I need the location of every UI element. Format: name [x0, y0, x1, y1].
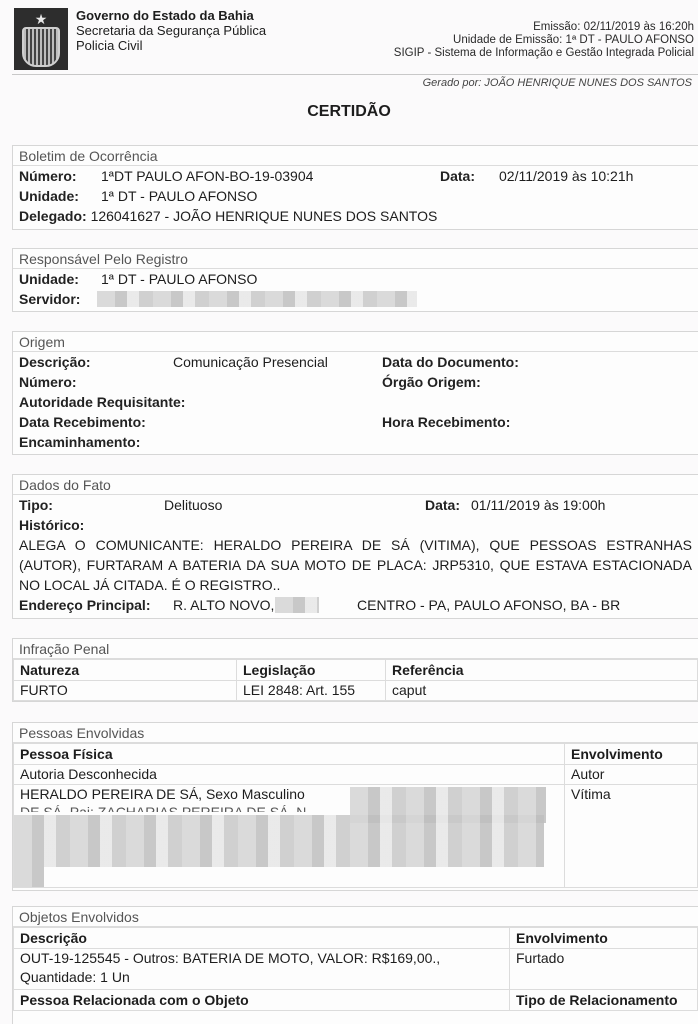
- unidade-value: 1ª DT - PAULO AFONSO: [101, 269, 257, 289]
- unidade-label: Unidade:: [19, 271, 79, 287]
- cell-natureza: FURTO: [14, 681, 237, 701]
- shield-icon: [22, 27, 60, 67]
- endereco-street: R. ALTO NOVO,: [173, 595, 274, 615]
- section-origem: Origem Descrição: Comunicação Presencial…: [12, 331, 698, 455]
- col-envolvimento: Envolvimento: [565, 744, 698, 765]
- historico-label: Histórico:: [19, 517, 84, 533]
- data-documento-label: Data do Documento:: [382, 352, 519, 372]
- pessoas-table: Pessoa Física Envolvimento Autoria Desco…: [13, 743, 698, 888]
- unidade-value: 1ª DT - PAULO AFONSO: [101, 186, 257, 206]
- data-label: Data:: [440, 166, 475, 186]
- star-icon: ★: [35, 12, 48, 26]
- table-row: HERALDO PEREIRA DE SÁ, Sexo Masculino DE…: [14, 785, 698, 888]
- pessoa-details-redacted-end: [14, 867, 44, 887]
- section-heading: Pessoas Envolvidas: [13, 723, 698, 743]
- table-row: OUT-19-125545 - Outros: BATERIA DE MOTO,…: [14, 949, 698, 990]
- pessoa-details-redacted: [14, 815, 544, 867]
- data-label: Data:: [425, 495, 460, 515]
- servidor-label: Servidor:: [19, 291, 80, 307]
- cell-envolvimento: Vítima: [565, 785, 698, 888]
- orgao-origem-label: Órgão Origem:: [382, 372, 481, 392]
- numero-label: Número:: [19, 168, 77, 184]
- objeto-descricao: OUT-19-125545 - Outros: BATERIA DE MOTO,…: [20, 949, 503, 968]
- data-value: 02/11/2019 às 10:21h: [499, 166, 633, 186]
- descricao-value: Comunicação Presencial: [173, 352, 328, 372]
- unidade-label: Unidade:: [19, 188, 79, 204]
- section-pessoas: Pessoas Envolvidas Pessoa Física Envolvi…: [12, 722, 698, 891]
- data-value: 01/11/2019 às 19:00h: [471, 495, 605, 515]
- objeto-quantidade: Quantidade: 1 Un: [20, 968, 503, 987]
- cell-descricao: OUT-19-125545 - Outros: BATERIA DE MOTO,…: [14, 949, 510, 990]
- org-government: Governo do Estado da Bahia: [76, 8, 266, 23]
- objetos-table: Descrição Envolvimento OUT-19-125545 - O…: [13, 927, 698, 1011]
- col-legislacao: Legislação: [237, 660, 386, 681]
- delegado-label: Delegado:: [19, 208, 87, 224]
- col-tipo-relacionamento: Tipo de Relacionamento: [510, 990, 698, 1011]
- certidao-page: ★ Governo do Estado da Bahia Secretaria …: [0, 0, 698, 1024]
- servidor-redacted: [97, 291, 417, 307]
- emission-info: Emissão: 02/11/2019 às 16:20h Unidade de…: [394, 21, 694, 60]
- section-heading: Boletim de Ocorrência: [13, 146, 698, 166]
- organization-header: Governo do Estado da Bahia Secretaria da…: [76, 8, 266, 53]
- tipo-label: Tipo:: [19, 497, 53, 513]
- org-secretariat: Secretaria da Segurança Pública: [76, 23, 266, 38]
- cell-pessoa: Autoria Desconhecida: [14, 765, 565, 785]
- table-row: FURTO LEI 2848: Art. 155 caput: [14, 681, 698, 701]
- cell-envolvimento: Furtado: [510, 949, 698, 990]
- endereco-redacted: [275, 597, 319, 613]
- autoridade-label: Autoridade Requisitante:: [19, 394, 185, 410]
- cell-referencia: caput: [386, 681, 698, 701]
- org-police: Policia Civil: [76, 38, 266, 53]
- encaminhamento-label: Encaminhamento:: [19, 434, 140, 450]
- generated-by: Gerado por: JOÃO HENRIQUE NUNES DOS SANT…: [423, 77, 692, 89]
- col-pessoa-fisica: Pessoa Física: [14, 744, 565, 765]
- header-divider: [12, 74, 698, 75]
- section-heading: Dados do Fato: [13, 475, 698, 495]
- section-objetos: Objetos Envolvidos Descrição Envolviment…: [12, 906, 698, 1024]
- cell-envolvimento: Autor: [565, 765, 698, 785]
- col-envolvimento: Envolvimento: [510, 928, 698, 949]
- data-recebimento-label: Data Recebimento:: [19, 414, 146, 430]
- pessoa-name: HERALDO PEREIRA DE SÁ, Sexo Masculino: [20, 785, 350, 804]
- emission-date: Emissão: 02/11/2019 às 16:20h: [394, 21, 694, 34]
- section-heading: Responsável Pelo Registro: [13, 249, 698, 269]
- infracao-table: Natureza Legislação Referência FURTO LEI…: [13, 659, 698, 701]
- tipo-value: Delituoso: [164, 495, 222, 515]
- section-heading: Infração Penal: [13, 639, 698, 659]
- section-heading: Objetos Envolvidos: [13, 907, 698, 927]
- table-row: Autoria Desconhecida Autor: [14, 765, 698, 785]
- endereco-city: CENTRO - PA, PAULO AFONSO, BA - BR: [357, 595, 620, 615]
- descricao-label: Descrição:: [19, 354, 91, 370]
- section-infracao: Infração Penal Natureza Legislação Refer…: [12, 638, 698, 702]
- endereco-label: Endereço Principal:: [19, 597, 150, 613]
- section-heading: Origem: [13, 332, 698, 352]
- cell-pessoa: HERALDO PEREIRA DE SÁ, Sexo Masculino DE…: [14, 785, 565, 888]
- col-natureza: Natureza: [14, 660, 237, 681]
- section-responsavel: Responsável Pelo Registro Unidade: 1ª DT…: [12, 248, 698, 312]
- hora-recebimento-label: Hora Recebimento:: [382, 412, 510, 432]
- emission-unit: Unidade de Emissão: 1ª DT - PAULO AFONSO: [394, 34, 694, 47]
- section-dados-fato: Dados do Fato Tipo: Delituoso Data: 01/1…: [12, 474, 698, 619]
- system-name: SIGIP - Sistema de Informação e Gestão I…: [394, 47, 694, 60]
- col-pessoa-relacionada: Pessoa Relacionada com o Objeto: [14, 990, 510, 1011]
- delegado-value: 126041627 - JOÃO HENRIQUE NUNES DOS SANT…: [91, 208, 438, 224]
- cell-legislacao: LEI 2848: Art. 155: [237, 681, 386, 701]
- numero-label: Número:: [19, 374, 77, 390]
- numero-value: 1ªDT PAULO AFON-BO-19-03904: [101, 166, 313, 186]
- historico-text: ALEGA O COMUNICANTE: HERALDO PEREIRA DE …: [13, 535, 698, 595]
- state-coat-of-arms-icon: ★: [14, 8, 68, 70]
- col-descricao: Descrição: [14, 928, 510, 949]
- page-title: CERTIDÃO: [0, 103, 698, 121]
- section-boletim: Boletim de Ocorrência Número: 1ªDT PAULO…: [12, 145, 698, 230]
- col-referencia: Referência: [386, 660, 698, 681]
